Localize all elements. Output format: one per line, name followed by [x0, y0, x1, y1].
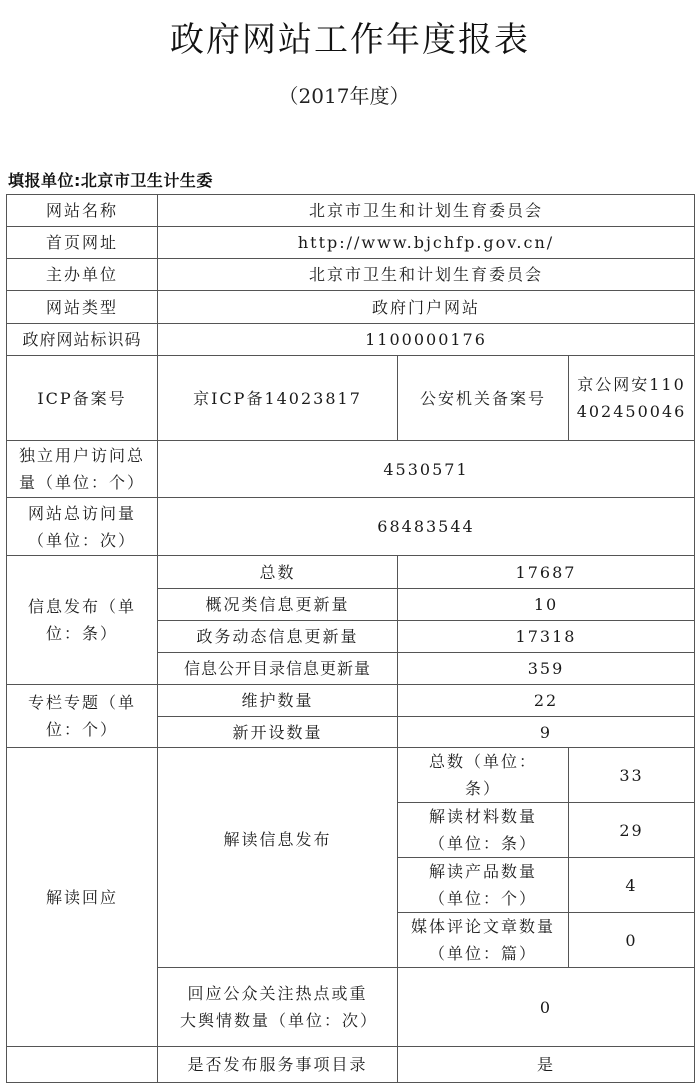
homepage-url-value: http://www.bjchfp.gov.cn/	[158, 227, 695, 259]
site-id-value: 1100000176	[158, 324, 695, 356]
table-row: 首页网址 http://www.bjchfp.gov.cn/	[7, 227, 695, 259]
interpretation-label: 解读回应	[7, 748, 158, 1047]
sponsor-value: 北京市卫生和计划生育委员会	[158, 259, 695, 291]
columns-label: 专栏专题（单位：个）	[7, 685, 158, 748]
info-release-item-value: 10	[398, 589, 695, 621]
report-table: 网站名称 北京市卫生和计划生育委员会 首页网址 http://www.bjchf…	[6, 194, 695, 1083]
interpretation-item-value: 4	[569, 858, 695, 913]
info-release-item-label: 总数	[158, 556, 398, 589]
site-name-label: 网站名称	[7, 195, 158, 227]
columns-item-value: 22	[398, 685, 695, 717]
interpretation-item-value: 0	[569, 913, 695, 968]
hotspot-value: 0	[398, 968, 695, 1047]
reporting-unit: 填报单位:北京市卫生计生委	[8, 168, 213, 191]
interpretation-item-value: 29	[569, 803, 695, 858]
unique-visitors-value: 4530571	[158, 441, 695, 498]
interpretation-item-value: 33	[569, 748, 695, 803]
info-release-item-value: 17687	[398, 556, 695, 589]
table-row: 网站类型 政府门户网站	[7, 291, 695, 324]
table-row: 专栏专题（单位：个） 维护数量 22	[7, 685, 695, 717]
interpretation-item-label: 解读产品数量（单位：个）	[398, 858, 569, 913]
service-empty-cell	[7, 1047, 158, 1083]
homepage-url-label: 首页网址	[7, 227, 158, 259]
unique-visitors-label: 独立用户访问总量（单位：个）	[7, 441, 158, 498]
site-type-value: 政府门户网站	[158, 291, 695, 324]
page-title: 政府网站工作年度报表	[0, 12, 700, 61]
table-row: 政府网站标识码 1100000176	[7, 324, 695, 356]
total-visits-label: 网站总访问量（单位：次）	[7, 498, 158, 556]
hotspot-label: 回应公众关注热点或重大舆情数量（单位：次）	[158, 968, 398, 1047]
table-row: 解读回应 解读信息发布 总数（单位：条） 33	[7, 748, 695, 803]
site-id-label: 政府网站标识码	[7, 324, 158, 356]
table-row: 是否发布服务事项目录 是	[7, 1047, 695, 1083]
interpretation-item-label: 总数（单位：条）	[398, 748, 569, 803]
site-name-value: 北京市卫生和计划生育委员会	[158, 195, 695, 227]
columns-item-label: 新开设数量	[158, 717, 398, 748]
info-release-item-label: 政务动态信息更新量	[158, 621, 398, 653]
police-record-value: 京公网安110402450046	[569, 356, 695, 441]
info-release-item-label: 概况类信息更新量	[158, 589, 398, 621]
table-row: 网站总访问量（单位：次） 68483544	[7, 498, 695, 556]
info-release-label: 信息发布（单位：条）	[7, 556, 158, 685]
icp-label: ICP备案号	[7, 356, 158, 441]
table-row: 信息发布（单位：条） 总数 17687	[7, 556, 695, 589]
total-visits-value: 68483544	[158, 498, 695, 556]
interpretation-item-label: 解读材料数量（单位：条）	[398, 803, 569, 858]
info-release-item-value: 359	[398, 653, 695, 685]
info-release-item-label: 信息公开目录信息更新量	[158, 653, 398, 685]
service-value: 是	[398, 1047, 695, 1083]
table-row: 主办单位 北京市卫生和计划生育委员会	[7, 259, 695, 291]
sponsor-label: 主办单位	[7, 259, 158, 291]
columns-item-label: 维护数量	[158, 685, 398, 717]
table-row: 网站名称 北京市卫生和计划生育委员会	[7, 195, 695, 227]
icp-value: 京ICP备14023817	[158, 356, 398, 441]
interpretation-release-label: 解读信息发布	[158, 748, 398, 968]
table-row: 独立用户访问总量（单位：个） 4530571	[7, 441, 695, 498]
police-record-label: 公安机关备案号	[398, 356, 569, 441]
site-type-label: 网站类型	[7, 291, 158, 324]
interpretation-item-label: 媒体评论文章数量（单位：篇）	[398, 913, 569, 968]
columns-item-value: 9	[398, 717, 695, 748]
report-year: （2017年度）	[0, 80, 688, 109]
info-release-item-value: 17318	[398, 621, 695, 653]
service-label: 是否发布服务事项目录	[158, 1047, 398, 1083]
table-row: ICP备案号 京ICP备14023817 公安机关备案号 京公网安1104024…	[7, 356, 695, 441]
